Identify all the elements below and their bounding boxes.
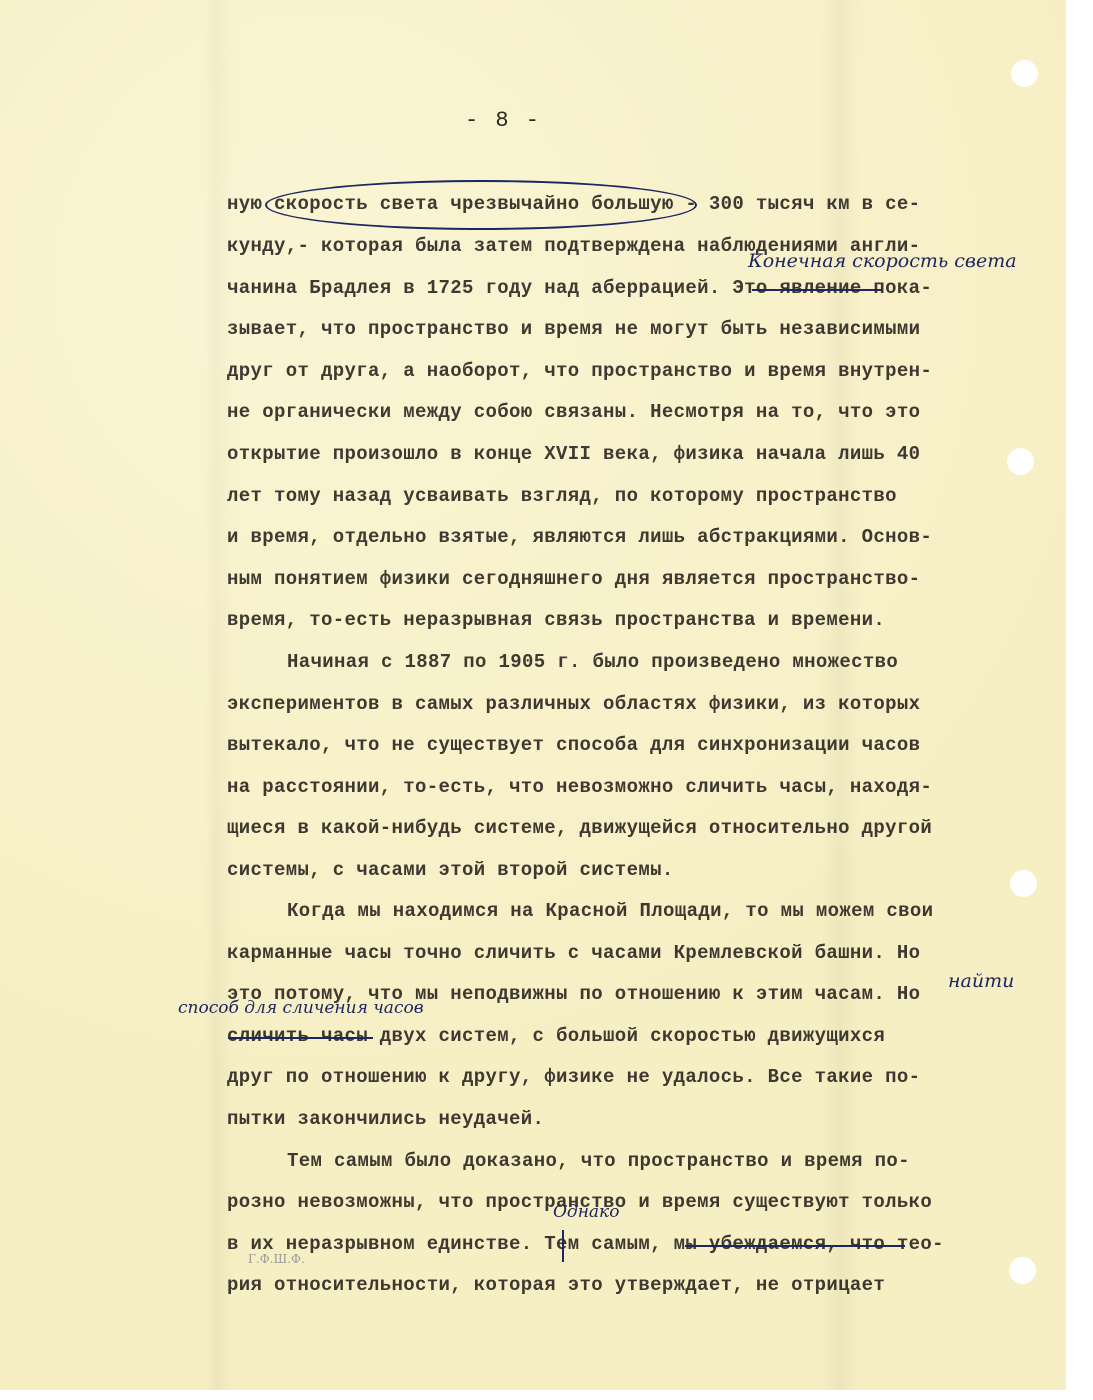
circled-phrase	[265, 180, 697, 230]
text-line: экспериментов в самых различных областях…	[227, 693, 920, 715]
text-line: время, то-есть неразрывная связь простра…	[227, 609, 885, 631]
text-line: зывает, что пространство и время не могу…	[227, 318, 920, 340]
text-line: в их неразрывном единстве. Тем самым, мы…	[227, 1233, 944, 1255]
text-line: карманные часы точно сличить с часами Кр…	[227, 942, 920, 964]
handwritten-insertion: найти	[948, 970, 1014, 992]
punch-hole	[1011, 60, 1038, 87]
punch-hole	[1007, 448, 1034, 475]
insertion-mark	[562, 1230, 564, 1262]
strikethrough	[228, 1037, 373, 1039]
text-line: Начиная с 1887 по 1905 г. было произведе…	[287, 651, 898, 673]
text-line: системы, с часами этой второй системы.	[227, 859, 674, 881]
pencil-margin-note: Г.Ф.Ш.Ф.	[248, 1252, 305, 1266]
handwritten-insertion: способ для сличения часов	[178, 998, 424, 1018]
text-line: чанина Брадлея в 1725 году над аберрацие…	[227, 277, 932, 299]
text-line: Когда мы находимся на Красной Площади, т…	[287, 900, 933, 922]
text-line: Тем самым было доказано, что пространств…	[287, 1150, 910, 1172]
text-line: рия относительности, которая это утвержд…	[227, 1274, 885, 1296]
strikethrough	[685, 1245, 905, 1247]
text-line: вытекало, что не существует способа для …	[227, 734, 920, 756]
text-line: щиеся в какой-нибудь системе, движущейся…	[227, 817, 932, 839]
punch-hole	[1010, 870, 1037, 897]
text-line: пытки закончились неудачей.	[227, 1108, 544, 1130]
page-number: - 8 -	[465, 108, 541, 133]
punch-hole	[1009, 1257, 1036, 1284]
strikethrough	[752, 289, 882, 291]
text-line: лет тому назад усваивать взгляд, по кото…	[227, 485, 897, 507]
document-page: - 8 - ную скорость света чрезвычайно бол…	[0, 0, 1066, 1390]
text-line: друг от друга, а наоборот, что пространс…	[227, 360, 932, 382]
text-line: открытие произошло в конце XVII века, фи…	[227, 443, 920, 465]
text-line: друг по отношению к другу, физике не уда…	[227, 1066, 920, 1088]
handwritten-insertion: Конечная скорость света	[748, 250, 1017, 272]
text-line: на расстоянии, то-есть, что невозможно с…	[227, 776, 932, 798]
text-line: и время, отдельно взятые, являются лишь …	[227, 526, 932, 548]
handwritten-insertion: Однако	[553, 1202, 619, 1222]
text-line: не органически между собою связаны. Несм…	[227, 401, 920, 423]
text-line: ным понятием физики сегодняшнего дня явл…	[227, 568, 920, 590]
text-line: сличить часы двух систем, с большой скор…	[227, 1025, 885, 1047]
